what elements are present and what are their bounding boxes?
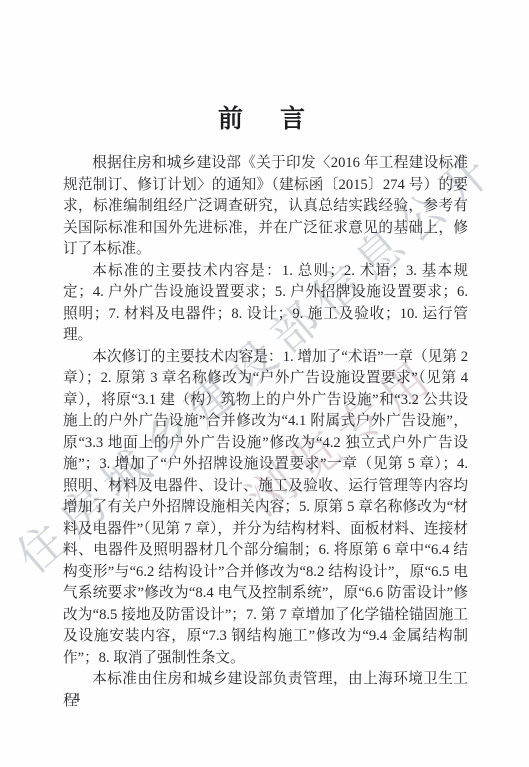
paragraph-2: 本标准的主要技术内容是：1. 总则；2. 术语；3. 基本规定；4. 户外广告设… bbox=[63, 261, 468, 347]
paragraph-1: 根据住房和城乡建设部《关于印发〈2016 年工程建设标准规范制订、修订计划〉的通… bbox=[63, 153, 468, 261]
body-text: 根据住房和城乡建设部《关于印发〈2016 年工程建设标准规范制订、修订计划〉的通… bbox=[63, 153, 468, 712]
paragraph-4: 本标准由住房和城乡建设部负责管理，由上海环境卫生工程 bbox=[63, 669, 468, 712]
document-page: 住房城乡建设部信息公开 浏览专用 前 言 根据住房和城乡建设部《关于印发〈201… bbox=[0, 0, 529, 767]
page-title: 前 言 bbox=[0, 99, 529, 135]
page-number: 4 bbox=[73, 691, 80, 707]
paragraph-3: 本次修订的主要技术内容是：1. 增加了“术语”一章（见第 2 章）；2. 原第 … bbox=[63, 347, 468, 670]
